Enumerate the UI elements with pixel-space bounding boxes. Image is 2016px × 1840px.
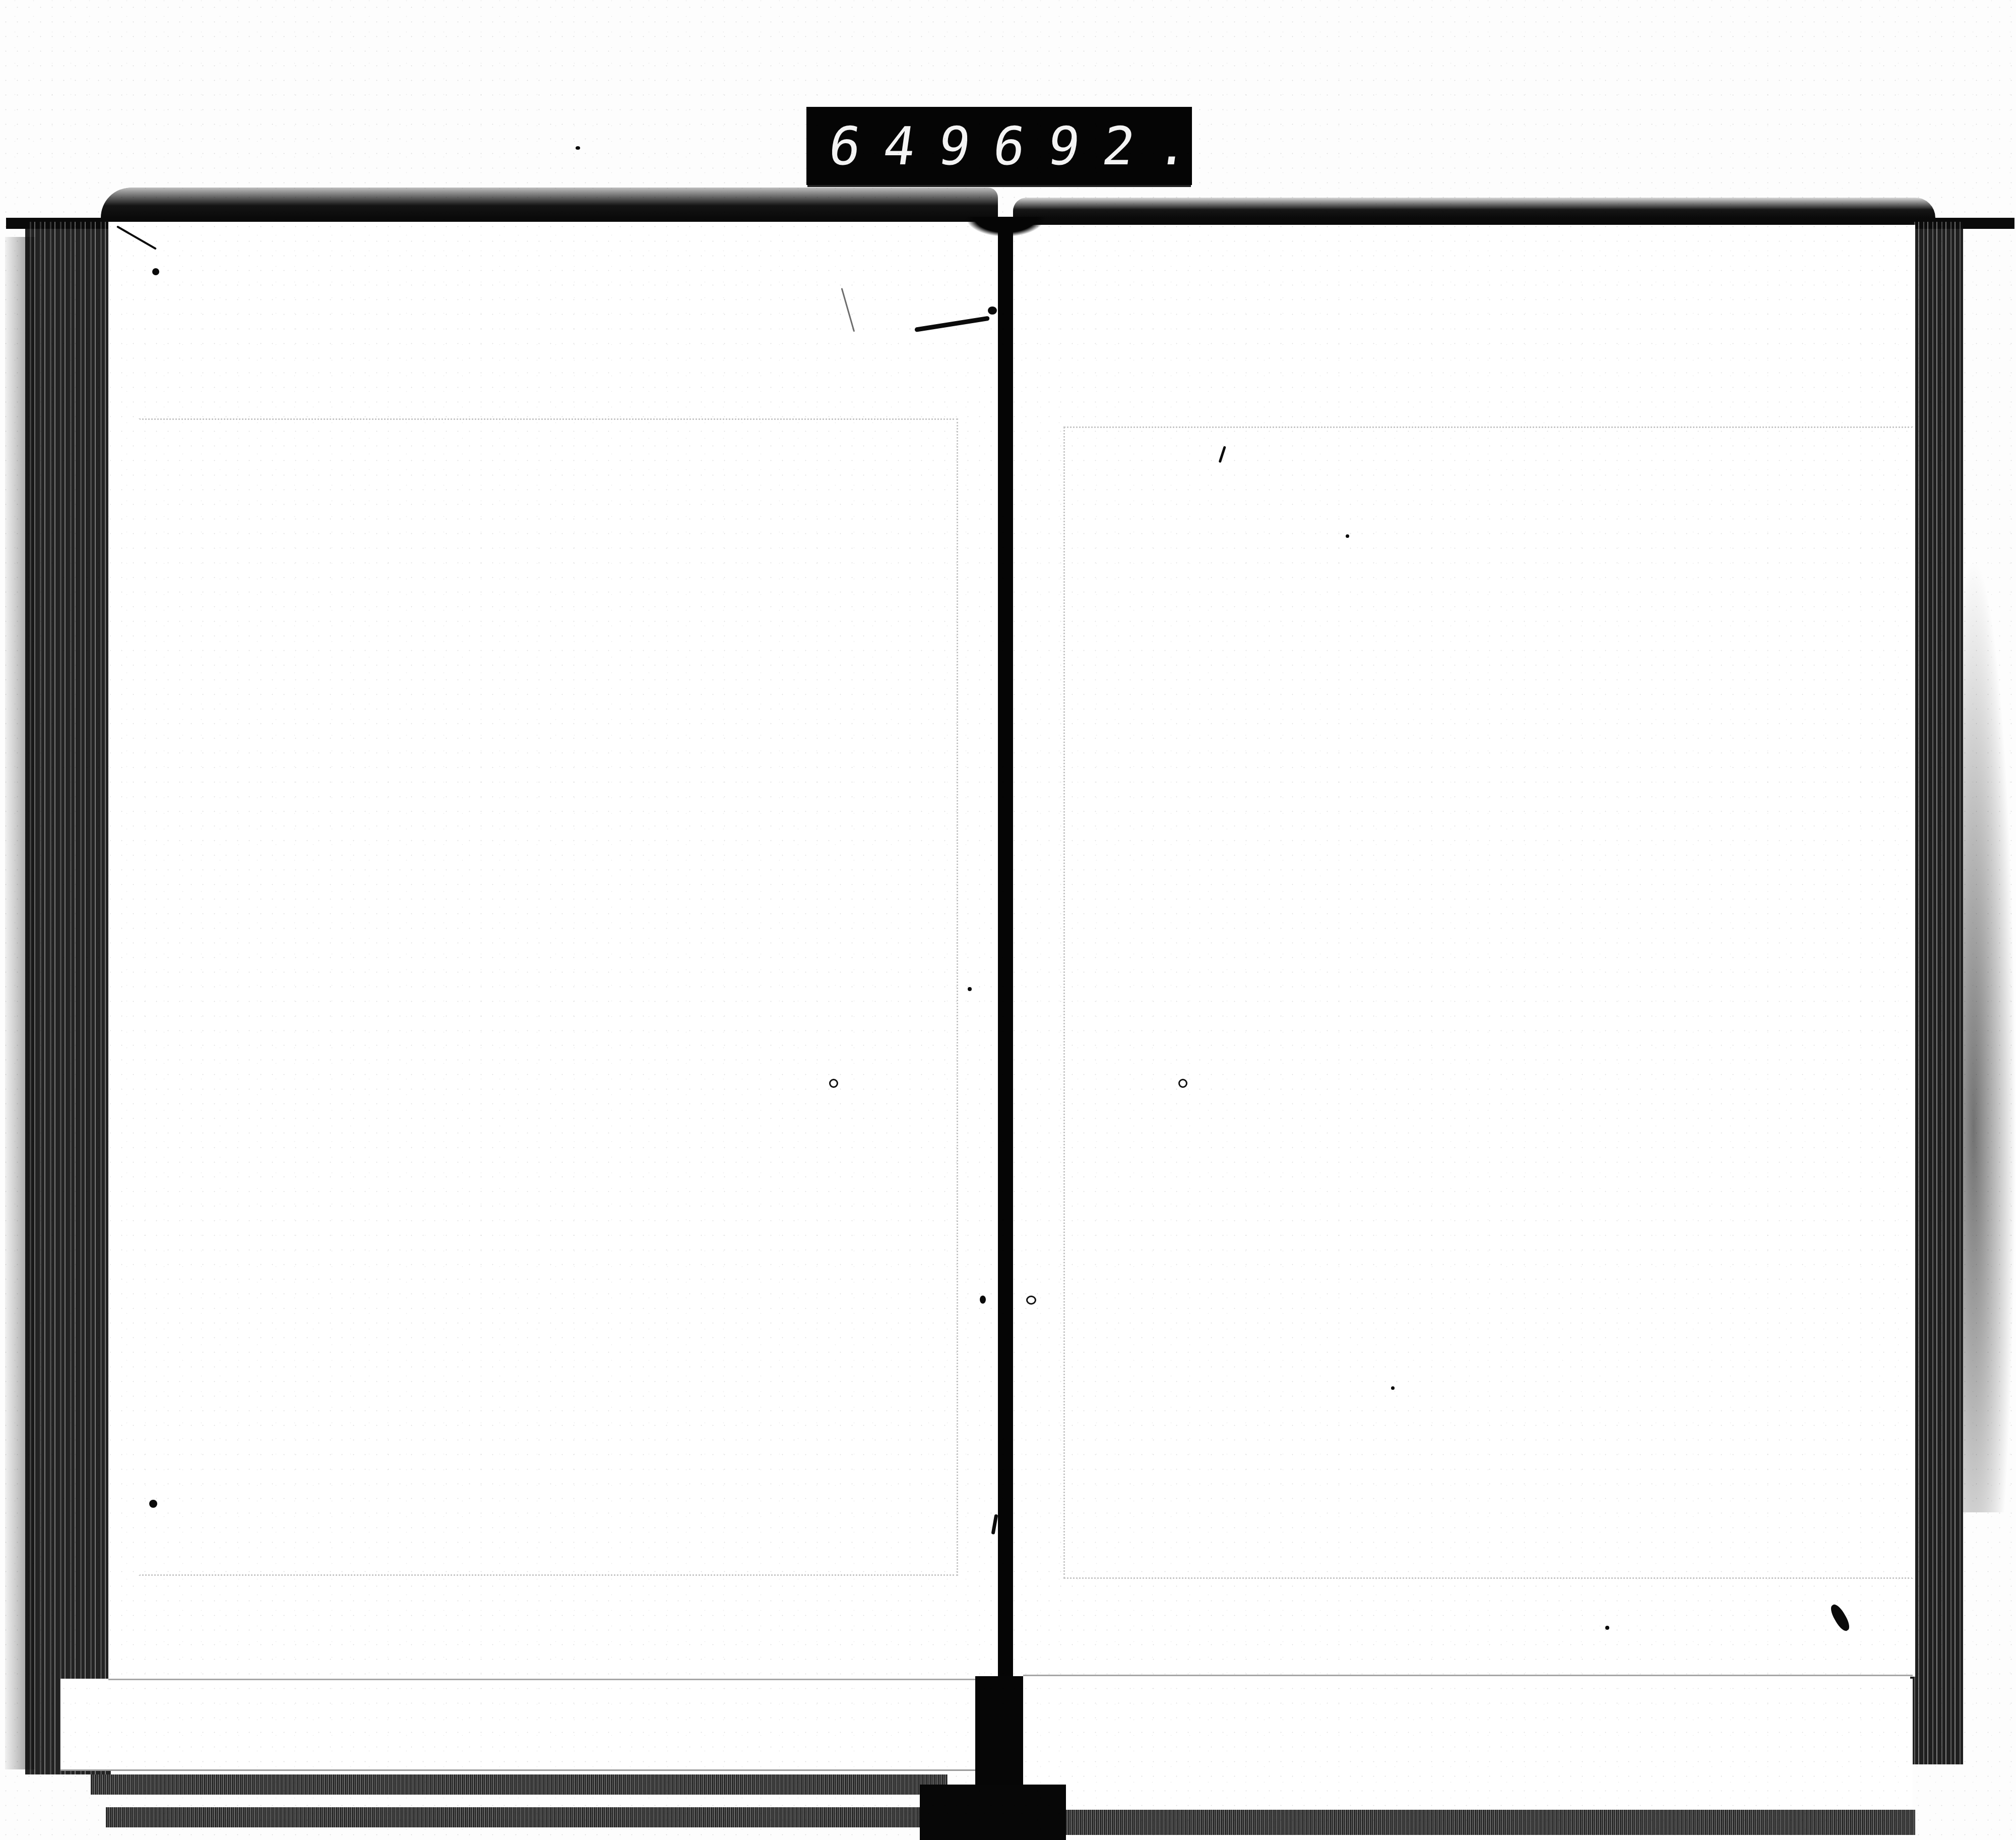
frame-number-left: 649 (826, 120, 997, 172)
ink-dot-top-middle (576, 146, 580, 150)
left-page-lower-leaf (60, 1679, 975, 1771)
right-page-block-edge (1910, 222, 1963, 1764)
right-page-lower-leaf (1023, 1679, 1913, 1810)
ink-ring-right-page (1178, 1079, 1187, 1088)
left-page-block-edge (25, 222, 111, 1774)
book-spine (998, 222, 1013, 1686)
frame-number-right: 692. (990, 120, 1216, 172)
ink-dot-right-page-3 (1605, 1626, 1609, 1630)
ink-blot-near-spine (988, 306, 997, 315)
right-page-stack-band (1063, 1810, 1915, 1835)
cover-top-shadow-right (1013, 198, 1935, 218)
right-page-ruled-frame (1063, 426, 1913, 1579)
right-page-bottom-line (1023, 1675, 1913, 1676)
ink-dot-top-left (152, 268, 159, 275)
left-page-stack-band-2 (106, 1807, 932, 1827)
ink-dot-right-page-1 (1346, 534, 1349, 538)
left-page-bottom-line (108, 1679, 975, 1680)
ink-ring-left-page (829, 1079, 838, 1088)
left-page-ruled-frame (139, 418, 958, 1576)
microfilm-scan: 649 692. (0, 0, 2016, 1840)
ink-dot-left-page-mid (968, 987, 972, 991)
spine-foot-base (920, 1785, 1066, 1840)
ink-ring-near-spine (1026, 1296, 1036, 1305)
cover-top-shadow-left (101, 188, 998, 218)
right-edge-shadow (1963, 555, 2016, 1512)
left-page (108, 222, 998, 1679)
ink-dot-lower-left (149, 1500, 157, 1508)
left-page-stack-band-1 (91, 1774, 948, 1795)
frame-number-tag: 649 692. (806, 107, 1192, 185)
right-page (1013, 225, 1915, 1677)
ink-dot-near-spine-left (980, 1296, 986, 1304)
ink-dot-right-page-2 (1391, 1386, 1395, 1390)
